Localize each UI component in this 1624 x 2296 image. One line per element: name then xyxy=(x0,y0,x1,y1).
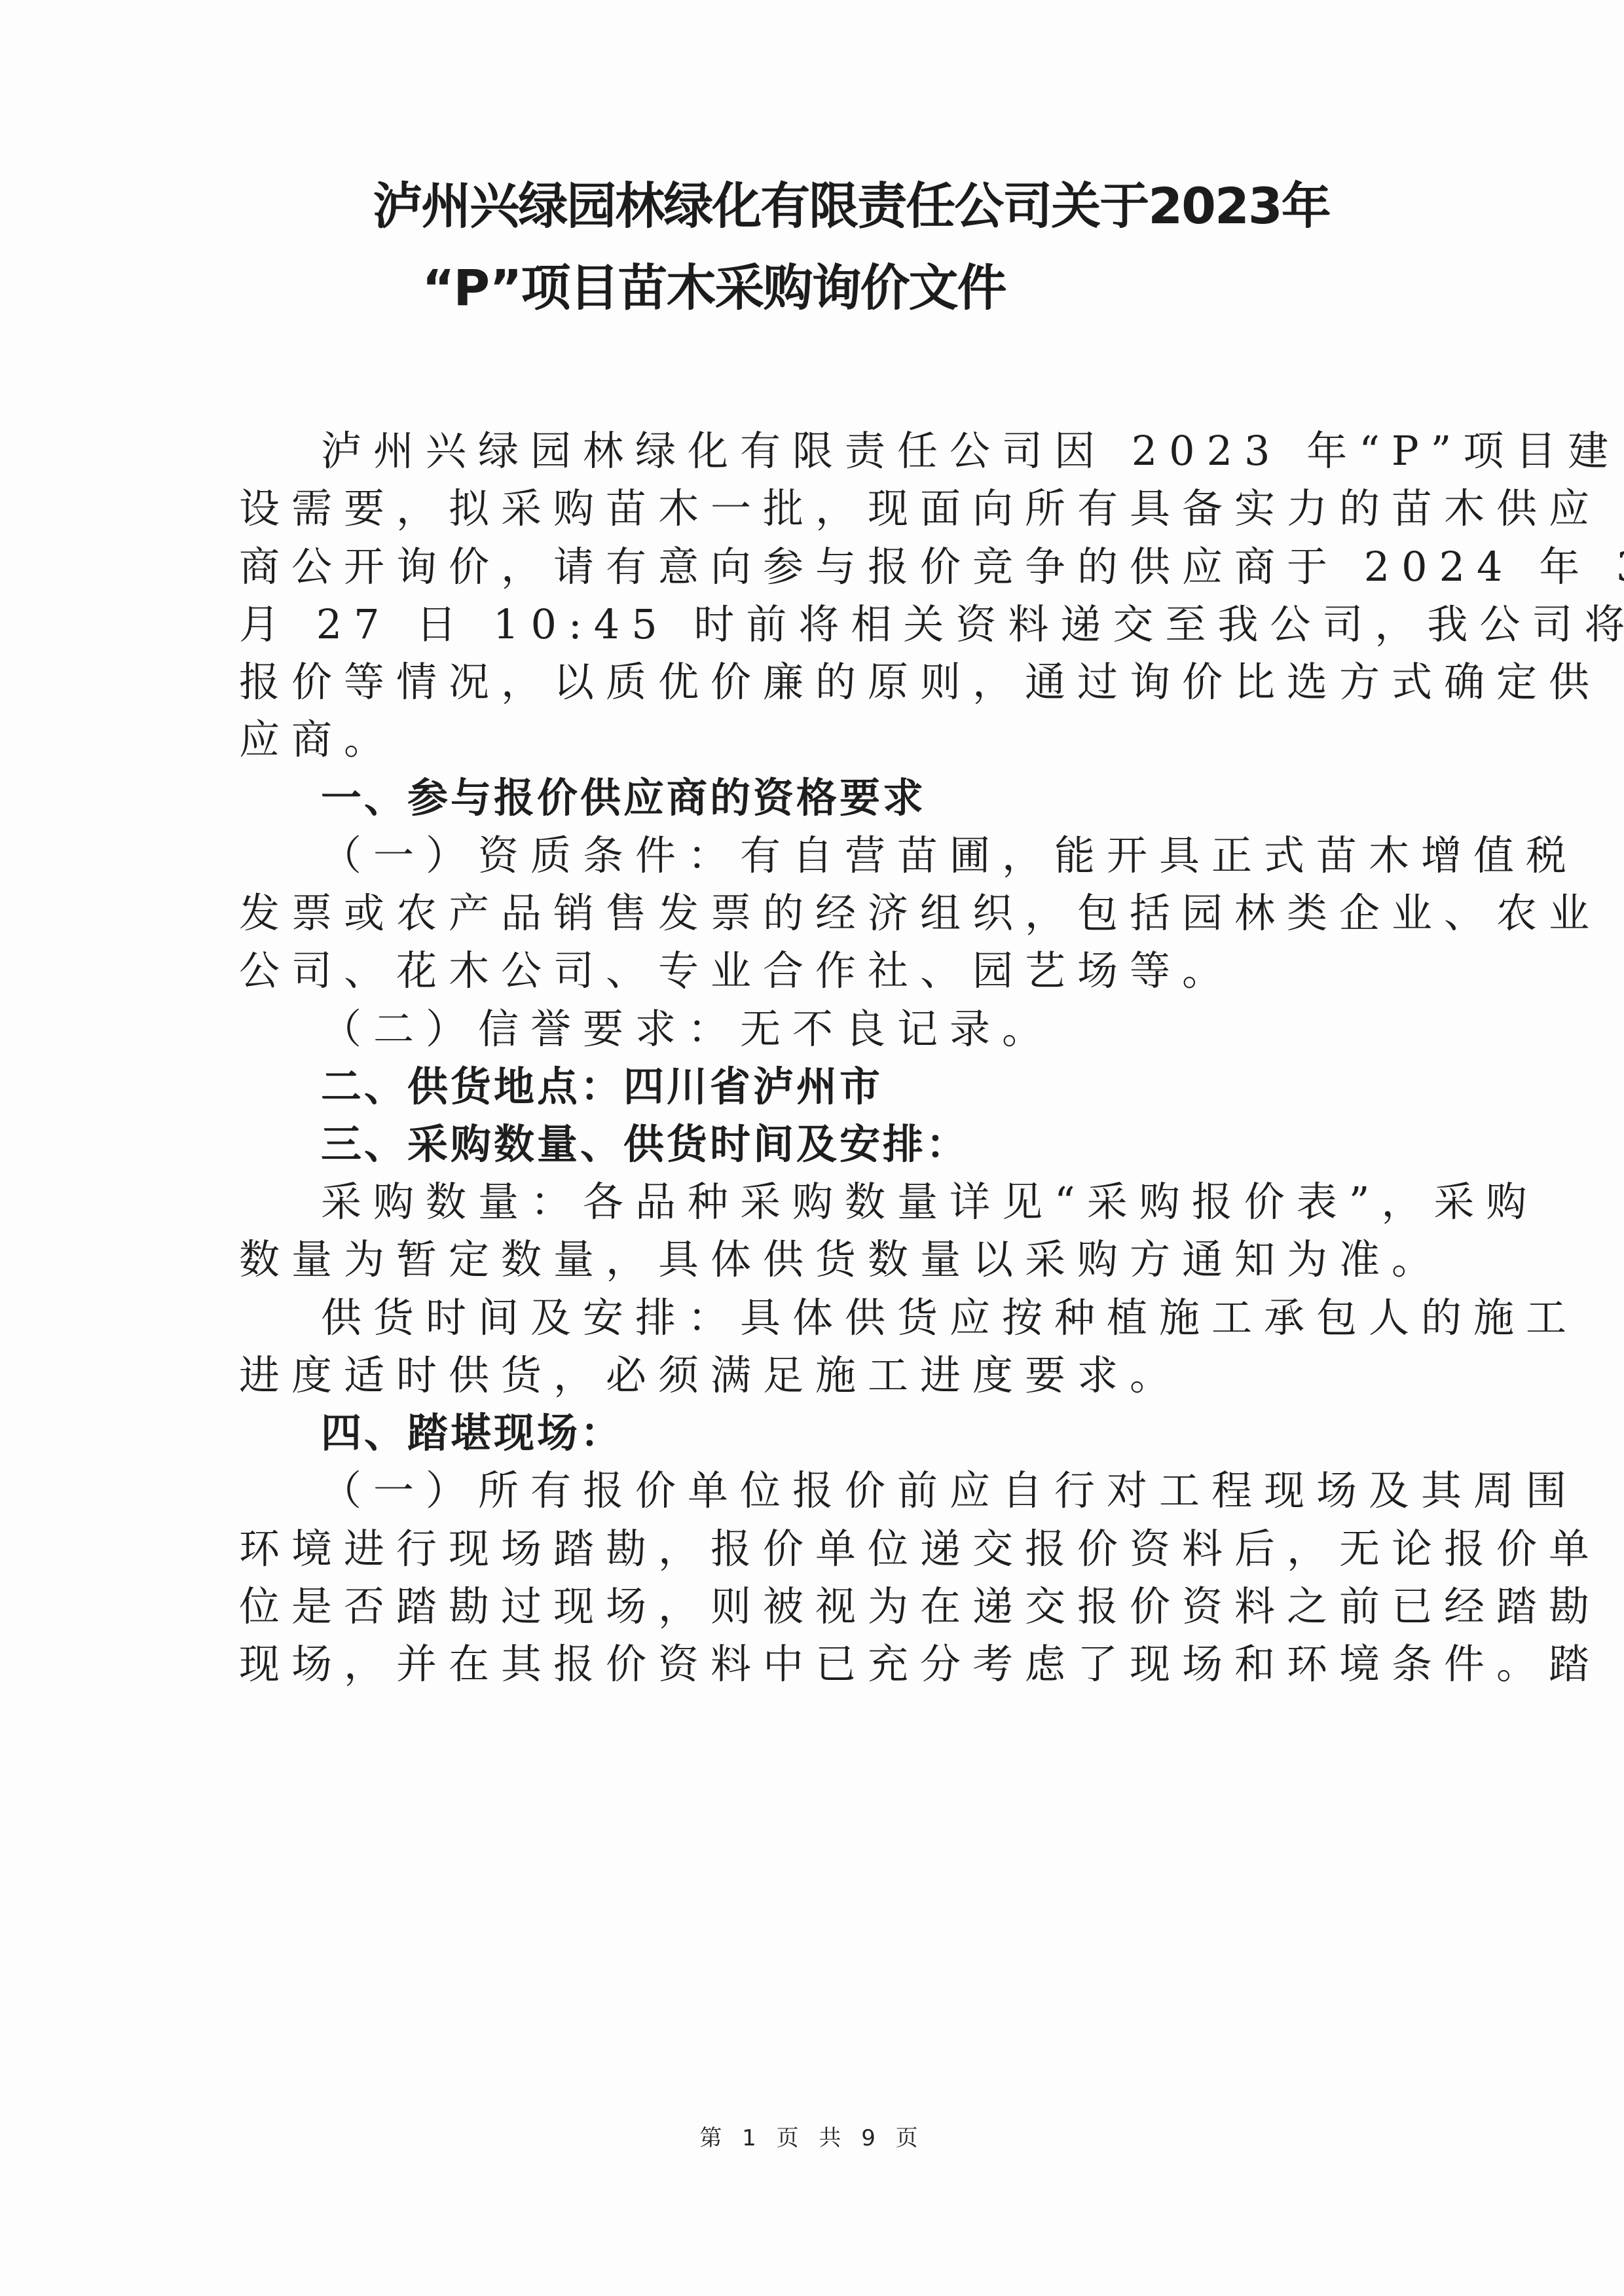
intro-paragraph-line: 商公开询价，请有意向参与报价竞争的供应商于 2024 年 3 xyxy=(239,538,1392,596)
section-heading-site-survey: 四、踏堪现场： xyxy=(321,1404,1473,1462)
qualification-paragraph-line: （一）资质条件：有自营苗圃，能开具正式苗木增值税 xyxy=(321,827,1473,884)
intro-paragraph-line: 设需要，拟采购苗木一批，现面向所有具备实力的苗木供应 xyxy=(239,480,1392,538)
intro-paragraph-line: 月 27 日 10:45 时前将相关资料递交至我公司，我公司将综合 xyxy=(239,596,1392,653)
schedule-paragraph-line: 供货时间及安排：具体供货应按种植施工承包人的施工 xyxy=(321,1289,1473,1347)
qualification-paragraph-line: 公司、花木公司、专业合作社、园艺场等。 xyxy=(239,942,1392,1000)
site-survey-paragraph-line: 环境进行现场踏勘，报价单位递交报价资料后，无论报价单 xyxy=(239,1520,1392,1578)
intro-paragraph-line: 泸州兴绿园林绿化有限责任公司因 2023 年“P”项目建 xyxy=(321,422,1473,480)
quantity-paragraph-line: 采购数量：各品种采购数量详见“采购报价表”，采购 xyxy=(321,1173,1473,1231)
site-survey-paragraph-line: 位是否踏勘过现场，则被视为在递交报价资料之前已经踏勘 xyxy=(239,1578,1392,1635)
document-title-line-1: 泸州兴绿园林绿化有限责任公司关于2023年 xyxy=(39,177,1624,236)
schedule-paragraph-line: 进度适时供货，必须满足施工进度要求。 xyxy=(239,1347,1392,1404)
site-survey-paragraph-line: 现场，并在其报价资料中已充分考虑了现场和环境条件。踏 xyxy=(239,1635,1392,1693)
quantity-paragraph-line: 数量为暂定数量，具体供货数量以采购方通知为准。 xyxy=(239,1231,1392,1288)
page-number-footer: 第 1 页 共 9 页 xyxy=(0,2120,1624,2152)
intro-paragraph-line: 报价等情况，以质优价廉的原则，通过询价比选方式确定供 xyxy=(239,653,1392,711)
intro-paragraph-line: 应商。 xyxy=(239,711,1392,769)
qualification-paragraph-line: 发票或农产品销售发票的经济组织，包括园林类企业、农业 xyxy=(239,884,1392,942)
document-page: 泸州兴绿园林绿化有限责任公司关于2023年 “P”项目苗木采购询价文件 泸州兴绿… xyxy=(0,0,1624,2296)
credit-requirement-line: （二）信誉要求：无不良记录。 xyxy=(321,1000,1473,1058)
section-heading-quantity-schedule: 三、采购数量、供货时间及安排： xyxy=(321,1116,1473,1173)
document-title-line-2: “P”项目苗木采购询价文件 xyxy=(0,259,1526,318)
section-heading-delivery-location: 二、供货地点：四川省泸州市 xyxy=(321,1058,1473,1116)
site-survey-paragraph-line: （一）所有报价单位报价前应自行对工程现场及其周围 xyxy=(321,1462,1473,1520)
section-heading-qualifications: 一、参与报价供应商的资格要求 xyxy=(321,769,1473,827)
